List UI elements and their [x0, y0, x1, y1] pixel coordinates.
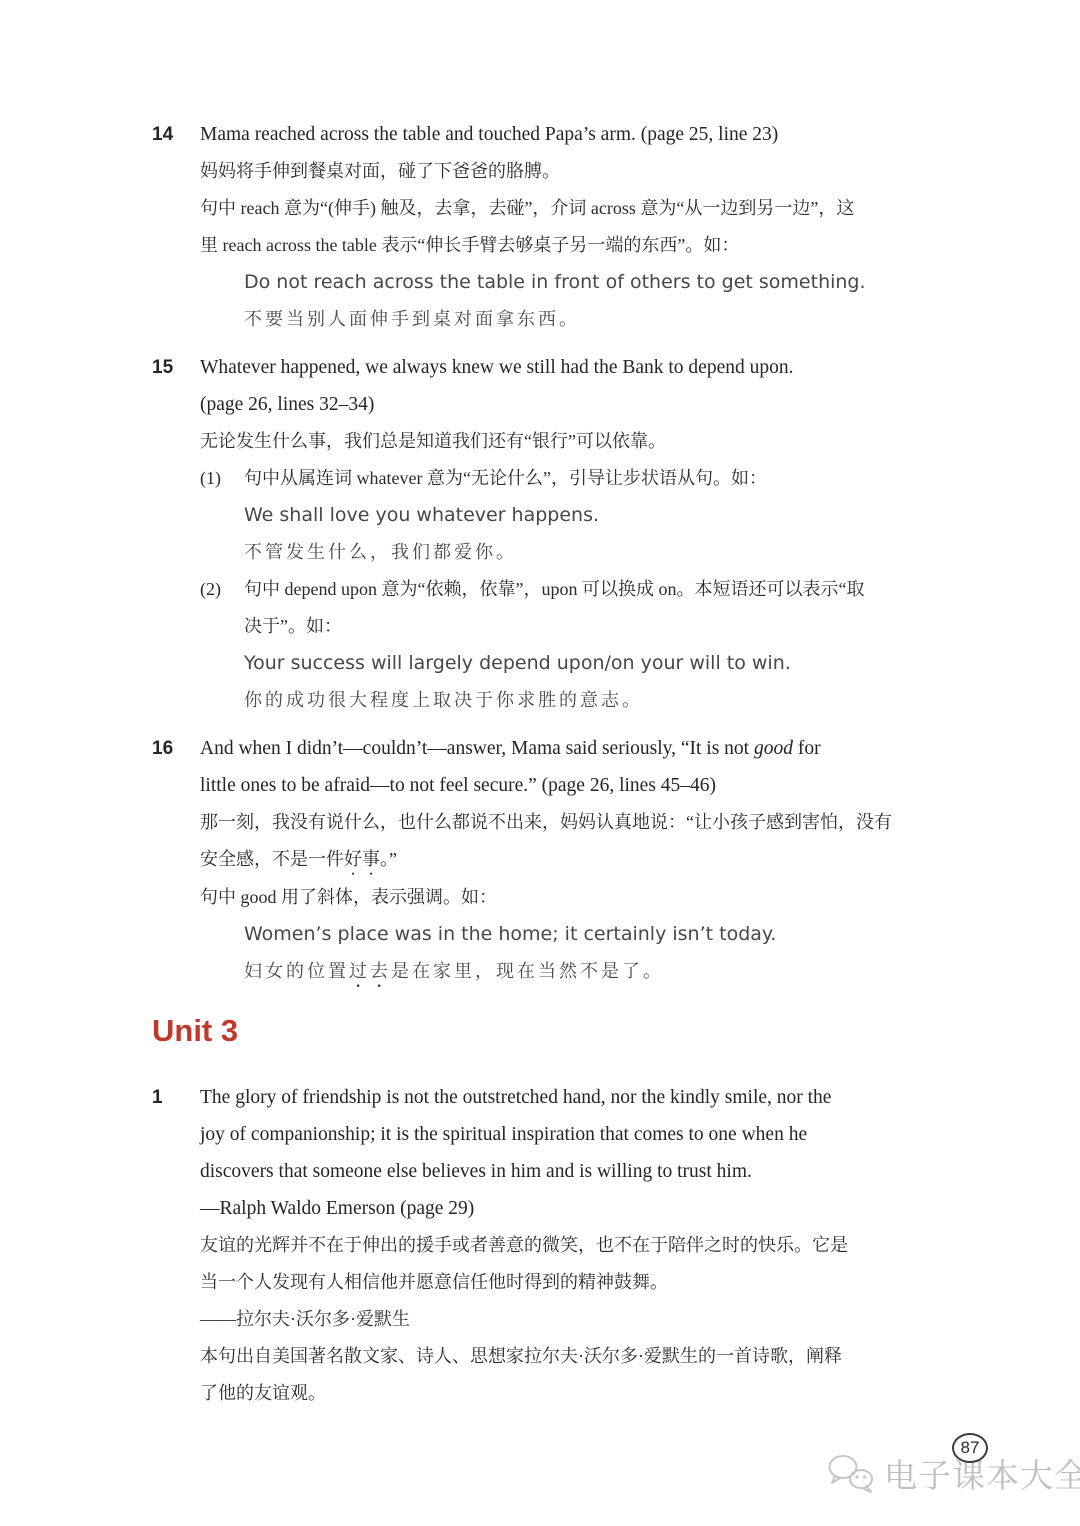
- note-item-1: 1 The glory of friendship is not the out…: [152, 1079, 922, 1412]
- example-translation-cn: 不要当别人面伸手到桌对面拿东西。: [200, 301, 922, 338]
- translation-part: 。”: [380, 849, 397, 869]
- explanation-line: 句中 depend upon 意为“依赖，依靠”，upon 可以换成 on。本短…: [244, 571, 864, 608]
- emphasized-word: 过去: [349, 961, 391, 982]
- example-part: 是在家里，现在当然不是了。: [391, 961, 664, 982]
- attribution-en: —Ralph Waldo Emerson (page 29): [200, 1190, 922, 1227]
- example-sentence-en: Your success will largely depend upon/on…: [200, 645, 922, 682]
- example-sentence-en: Women’s place was in the home; it certai…: [200, 916, 922, 953]
- item-content: Whatever happened, we always knew we sti…: [200, 349, 922, 719]
- quote-en: The glory of friendship is not the outst…: [200, 1079, 922, 1116]
- sentence-en: Whatever happened, we always knew we sti…: [200, 349, 922, 386]
- explanation-line: 句中从属连词 whatever 意为“无论什么”，引导让步状语从句。如：: [244, 460, 767, 497]
- translation-part: 安全感，不是一件: [200, 849, 344, 869]
- explanation-line: 了他的友谊观。: [200, 1375, 922, 1412]
- example-translation-cn: 妇女的位置过去是在家里，现在当然不是了。: [200, 953, 922, 992]
- page-number-badge: 87: [952, 1433, 988, 1463]
- sentence-en: And when I didn’t—couldn’t—answer, Mama …: [200, 730, 922, 767]
- explanation-line: 句中 reach 意为“(伸手) 触及，去拿，去碰”，介词 across 意为“…: [200, 190, 922, 227]
- item-number: 1: [152, 1079, 200, 1412]
- example-sentence-en: We shall love you whatever happens.: [200, 497, 922, 534]
- translation-cn: 安全感，不是一件好事。”: [200, 841, 922, 879]
- example-translation-cn: 不管发生什么，我们都爱你。: [200, 534, 922, 571]
- example-part: 妇女的位置: [244, 961, 349, 982]
- item-number: 14: [152, 116, 200, 338]
- sentence-en-part: And when I didn’t—couldn’t—answer, Mama …: [200, 738, 754, 759]
- chat-bubbles-icon: [826, 1453, 878, 1495]
- translation-cn: 友谊的光辉并不在于伸出的援手或者善意的微笑，也不在于陪伴之时的快乐。它是: [200, 1227, 922, 1264]
- translation-cn: 无论发生什么事，我们总是知道我们还有“银行”可以依靠。: [200, 423, 922, 460]
- explanation-line: 决于”。如：: [200, 608, 922, 645]
- attribution-cn: ——拉尔夫·沃尔多·爱默生: [200, 1301, 922, 1338]
- note-item-15: 15 Whatever happened, we always knew we …: [152, 349, 922, 719]
- unit-heading: Unit 3: [152, 1010, 922, 1052]
- italic-word: good: [754, 738, 793, 759]
- page-number: 87: [961, 1438, 980, 1458]
- item-content: The glory of friendship is not the outst…: [200, 1079, 922, 1412]
- quote-en: discovers that someone else believes in …: [200, 1153, 922, 1190]
- translation-cn: 妈妈将手伸到餐桌对面，碰了下爸爸的胳膊。: [200, 153, 922, 190]
- item-content: And when I didn’t—couldn’t—answer, Mama …: [200, 730, 922, 992]
- watermark: 电子课本大全: [826, 1450, 1080, 1497]
- emphasized-word: 好事: [344, 849, 380, 869]
- example-translation-cn: 你的成功很大程度上取决于你求胜的意志。: [200, 682, 922, 719]
- item-number: 16: [152, 730, 200, 992]
- explanation-line: 句中 good 用了斜体，表示强调。如：: [200, 879, 922, 916]
- translation-cn: 当一个人发现有人相信他并愿意信任他时得到的精神鼓舞。: [200, 1264, 922, 1301]
- sub-item-label: (1): [200, 460, 244, 497]
- item-content: Mama reached across the table and touche…: [200, 116, 922, 338]
- item-number: 15: [152, 349, 200, 719]
- sub-item-label: (2): [200, 571, 244, 608]
- quote-en: joy of companionship; it is the spiritua…: [200, 1116, 922, 1153]
- example-sentence-en: Do not reach across the table in front o…: [200, 264, 922, 301]
- page-reference: (page 26, lines 32–34): [200, 386, 922, 423]
- sub-item-2: (2) 句中 depend upon 意为“依赖，依靠”，upon 可以换成 o…: [200, 571, 922, 608]
- sub-item-1: (1) 句中从属连词 whatever 意为“无论什么”，引导让步状语从句。如：: [200, 460, 922, 497]
- sentence-en-part: for: [793, 738, 821, 759]
- explanation-line: 里 reach across the table 表示“伸长手臂去够桌子另一端的…: [200, 227, 922, 264]
- explanation-line: 本句出自美国著名散文家、诗人、思想家拉尔夫·沃尔多·爱默生的一首诗歌，阐释: [200, 1338, 922, 1375]
- note-item-16: 16 And when I didn’t—couldn’t—answer, Ma…: [152, 730, 922, 992]
- textbook-page: 14 Mama reached across the table and tou…: [152, 116, 922, 1423]
- translation-cn: 那一刻，我没有说什么，也什么都说不出来，妈妈认真地说：“让小孩子感到害怕，没有: [200, 804, 922, 841]
- note-item-14: 14 Mama reached across the table and tou…: [152, 116, 922, 338]
- sentence-en: little ones to be afraid—to not feel sec…: [200, 767, 922, 804]
- sentence-en: Mama reached across the table and touche…: [200, 116, 922, 153]
